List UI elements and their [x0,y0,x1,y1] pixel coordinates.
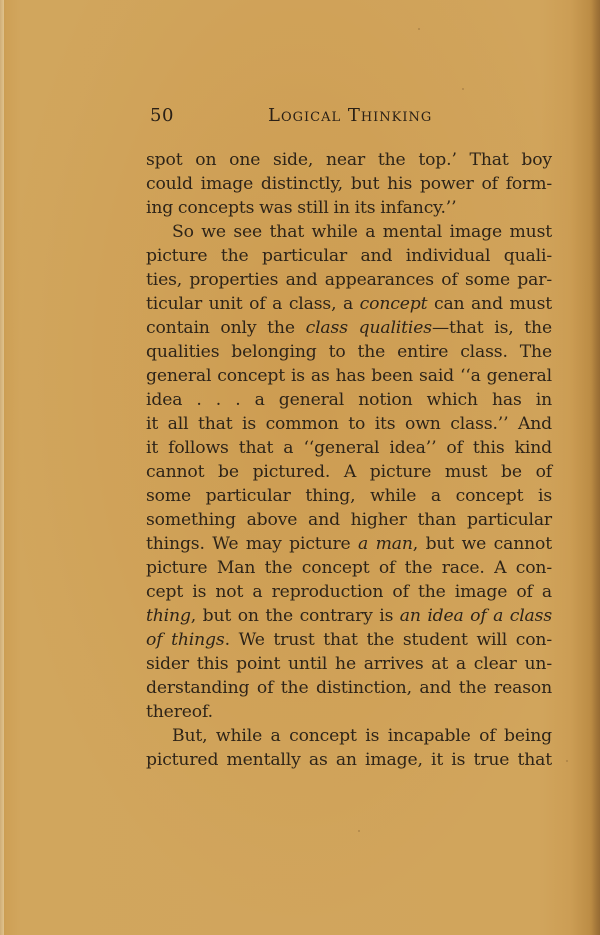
text-line: cannot be pictured. A picture must be of [146,460,552,484]
text-line: some particular thing, while a concept i… [146,484,552,508]
text-segment: something above and higher than particul… [146,510,552,530]
text-segment: qualities belonging to the entire class.… [146,342,552,362]
text-segment: could image distinctly, but his power of… [146,174,552,194]
text-segment: cannot be pictured. A picture must be of [146,462,552,482]
text-line: of things. We trust that the student wil… [146,628,552,652]
italic-text: concept [360,294,428,314]
paper-speck [358,830,360,832]
text-line: derstanding of the distinction, and the … [146,676,552,700]
text-line: thing, but on the contrary is an idea of… [146,604,552,628]
italic-text: of things [146,630,225,650]
text-segment: derstanding of the distinction, and the … [146,678,552,698]
text-line: could image distinctly, but his power of… [146,172,552,196]
paper-speck [566,760,568,762]
text-line: But, while a concept is incapable of bei… [146,724,552,748]
text-segment: thereof. [146,702,213,722]
text-segment: But, while a concept is incapable of bei… [172,726,552,746]
italic-text: class qualities [306,318,432,338]
text-line: ties, properties and appearances of some… [146,268,552,292]
text-line: pictured mentally as an image, it is tru… [146,748,552,772]
paper-speck [418,28,420,30]
text-line: ticular unit of a class, a concept can a… [146,292,552,316]
text-segment: , but on the contrary is [191,606,400,626]
text-line: things. We may picture a man, but we can… [146,532,552,556]
text-line: sider this point until he arrives at a c… [146,652,552,676]
running-title: Logical Thinking [268,104,432,128]
text-line: something above and higher than particul… [146,508,552,532]
text-segment: spot on one side, near the top.’ That bo… [146,150,552,170]
body-text: spot on one side, near the top.’ That bo… [146,148,552,772]
text-line: contain only the class qualities—that is… [146,316,552,340]
text-line: idea . . . a general notion which has in [146,388,552,412]
text-segment: cept is not a reproduction of the image … [146,582,552,602]
text-segment: general concept is as has been said ‘‘a … [146,366,552,386]
text-segment: it all that is common to its own class.’… [146,414,552,434]
text-line: general concept is as has been said ‘‘a … [146,364,552,388]
italic-text: a man [358,534,413,554]
running-head: 50 Logical Thinking [148,104,552,128]
italic-text: thing [146,606,191,626]
text-segment: ticular unit of a class, a [146,294,360,314]
text-segment: picture the particular and individual qu… [146,246,552,266]
text-line: spot on one side, near the top.’ That bo… [146,148,552,172]
text-segment: sider this point until he arrives at a c… [146,654,552,674]
text-segment: pictured mentally as an image, it is tru… [146,750,552,770]
page-right-edge-shadow [590,0,600,935]
text-line: picture the particular and individual qu… [146,244,552,268]
text-segment: ing concepts was still in its infancy.’’ [146,198,456,218]
text-segment: it follows that a ‘‘general idea’’ of th… [146,438,552,458]
text-segment: some particular thing, while a concept i… [146,486,552,506]
page-number: 50 [150,104,174,128]
paper-speck [462,88,464,90]
text-segment: So we see that while a mental image must [172,222,552,242]
text-line: ing concepts was still in its infancy.’’ [146,196,552,220]
text-segment: . We trust that the student will con- [225,630,552,650]
italic-text: an idea of a class [400,606,552,626]
text-segment: ties, properties and appearances of some… [146,270,552,290]
text-line: it follows that a ‘‘general idea’’ of th… [146,436,552,460]
text-line: picture Man the concept of the race. A c… [146,556,552,580]
text-segment: —that is, the [432,318,552,338]
text-segment: idea . . . a general notion which has in [146,390,552,410]
text-segment: , but we cannot [413,534,552,554]
text-segment: contain only the [146,318,306,338]
text-line: qualities belonging to the entire class.… [146,340,552,364]
text-line: So we see that while a mental image must [146,220,552,244]
text-line: cept is not a reproduction of the image … [146,580,552,604]
text-segment: can and must [427,294,552,314]
text-line: it all that is common to its own class.’… [146,412,552,436]
text-segment: things. We may picture [146,534,358,554]
text-segment: picture Man the concept of the race. A c… [146,558,552,578]
page-left-edge [0,0,4,935]
text-line: thereof. [146,700,552,724]
